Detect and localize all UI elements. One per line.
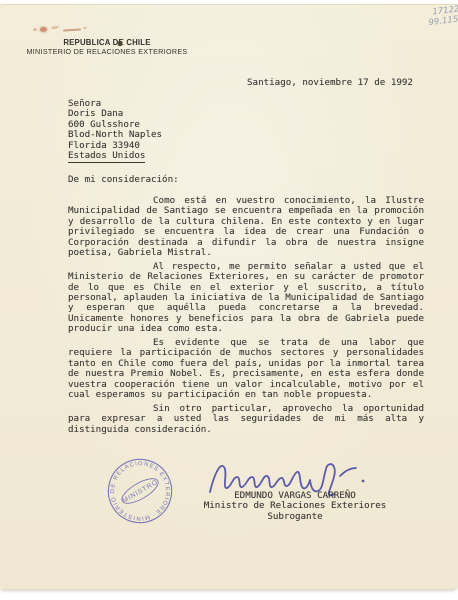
body-paragraph: Es evidente que se trata de una labor qu…: [68, 338, 424, 400]
date-line: Santiago, noviembre 17 de 1992: [247, 77, 413, 88]
official-stamp: MINISTERIO DE RELACIONES EXTERIORES MINI…: [94, 445, 187, 538]
recipient-address: Señora Doris Dana 600 Gulsshore Blod-Nor…: [68, 99, 162, 163]
letter-body: Como está en vuestro conocimiento, la Il…: [68, 196, 424, 439]
ministry-stamp-icon: MINISTERIO DE RELACIONES EXTERIORES MINI…: [94, 445, 187, 538]
address-country-underlined: Estados Unidos: [68, 151, 145, 163]
signatory-block: EDMUNDO VARGAS CARREÑO Ministro de Relac…: [175, 491, 415, 522]
scanned-letter-page: { "annotations": { "registry_top": "1712…: [0, 0, 458, 600]
ink-blot: [118, 41, 122, 46]
salutation: De mi consideración:: [68, 174, 179, 185]
paper-sheet: REPUBLICA DE CHILE MINISTERIO DE RELACIO…: [0, 4, 458, 589]
letterhead-country: REPUBLICA DE CHILE: [7, 38, 207, 47]
registry-annotation: 17122- 99.1158: [427, 5, 458, 28]
body-paragraph: Como está en vuestro conocimiento, la Il…: [68, 196, 424, 258]
letterhead-ministry: MINISTERIO DE RELACIONES EXTERIORES: [7, 47, 207, 56]
stamp-center-text: MINISTRO: [121, 479, 159, 505]
letterhead: REPUBLICA DE CHILE MINISTERIO DE RELACIO…: [7, 38, 207, 56]
signatory-subtitle: Subrogante: [175, 512, 415, 522]
ink-smudge-mark: [33, 26, 87, 33]
body-paragraph: Al respecto, me permito señalar a usted …: [68, 262, 424, 335]
body-paragraph: Sin otro particular, aprovecho la oportu…: [68, 404, 424, 435]
